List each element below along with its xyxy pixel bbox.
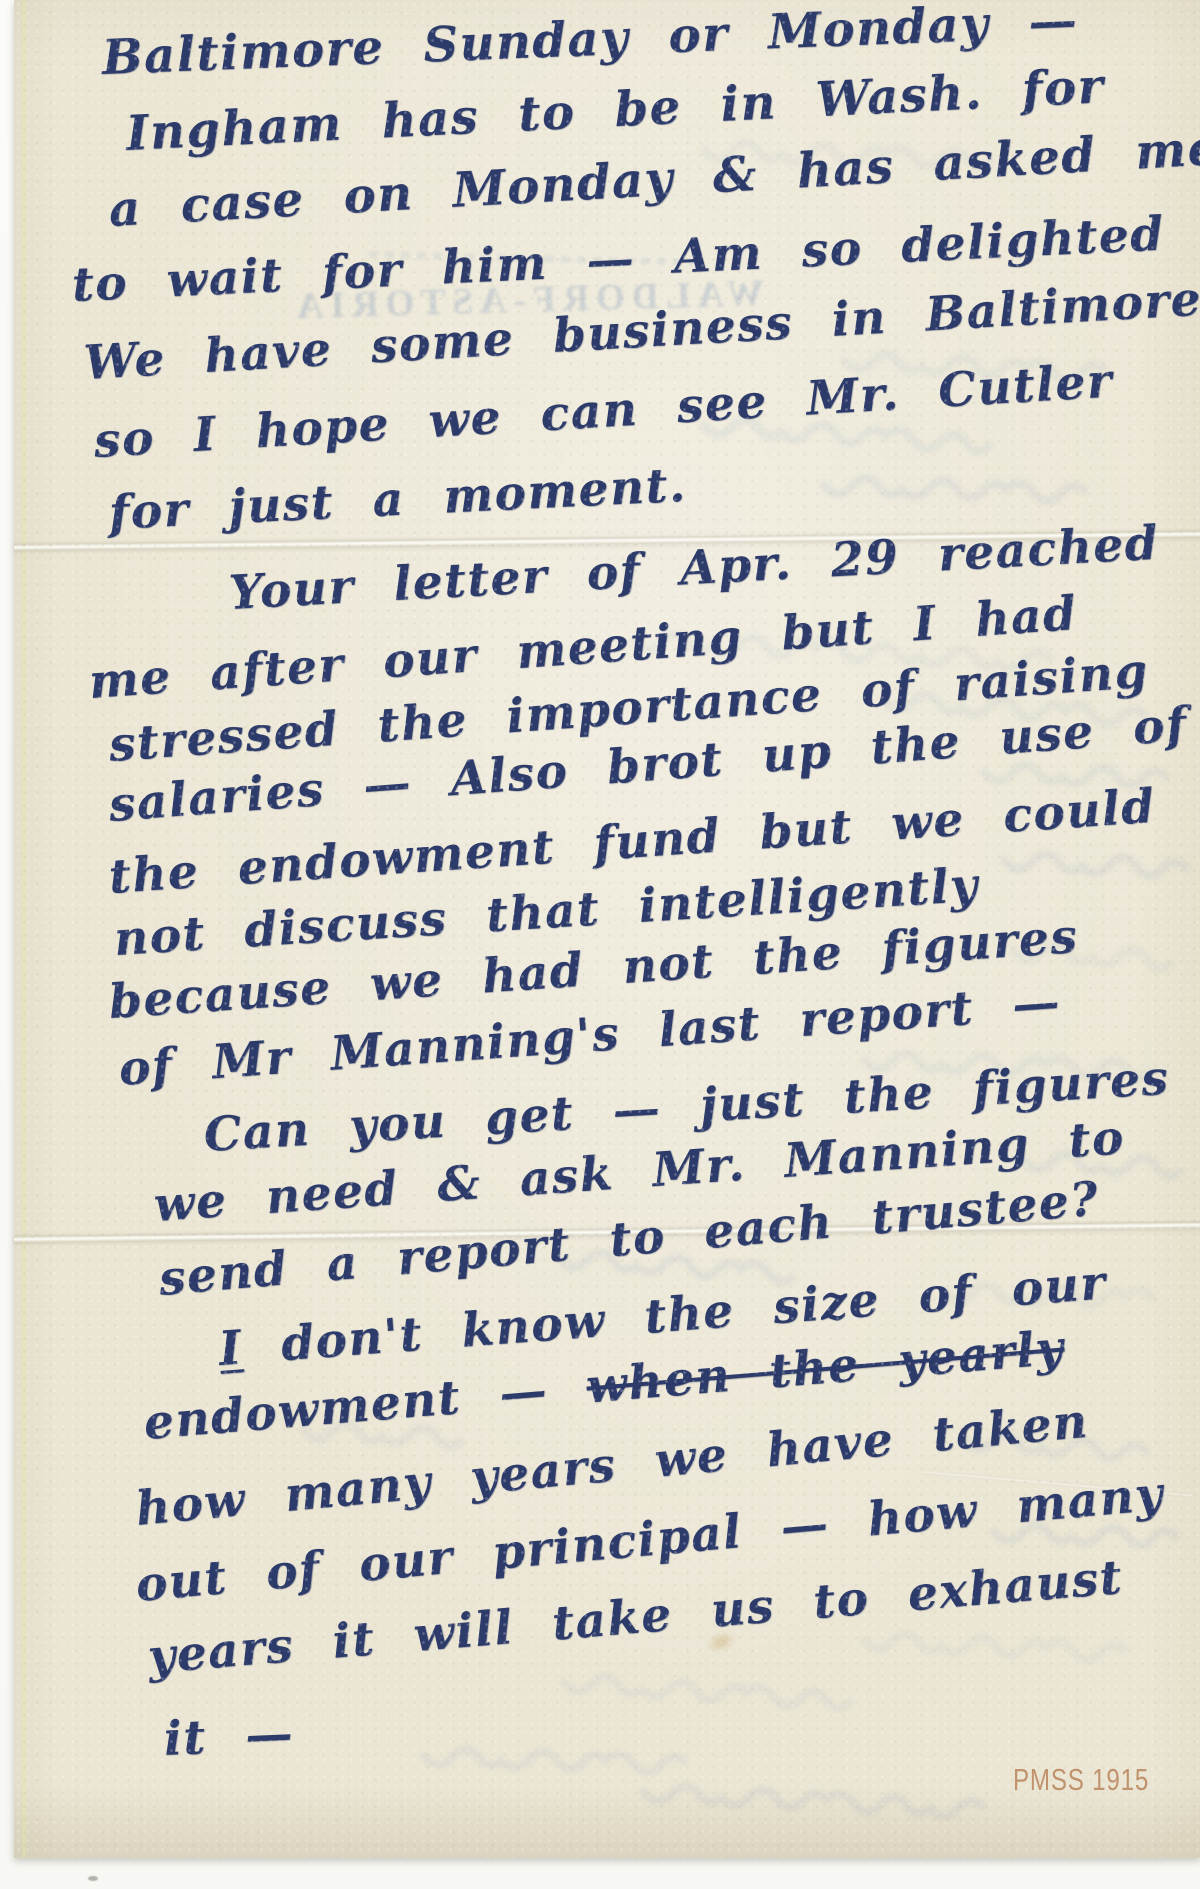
letter-paper: WALDORF-ASTORIA Baltimore Sunday or Mond… <box>14 0 1200 1858</box>
letter-scan: WALDORF-ASTORIA Baltimore Sunday or Mond… <box>0 0 1200 1889</box>
scanner-speck <box>88 1876 98 1881</box>
bleed-through-squiggle <box>644 1784 982 1819</box>
handwriting-segment: it — <box>163 1706 295 1767</box>
handwriting-segment: endowment — <box>142 1360 589 1451</box>
bleed-through-squiggle <box>864 1632 1125 1662</box>
pmss-archive-stamp: PMSS 1915 <box>1013 1762 1149 1798</box>
handwritten-line: for just a moment. <box>108 458 688 541</box>
bleed-through-squiggle <box>1004 852 1187 878</box>
bleed-through-squiggle <box>824 477 1084 503</box>
handwritten-line: it — <box>163 1706 295 1767</box>
bleed-through-squiggle <box>424 1748 684 1774</box>
handwriting-segment: for just a moment. <box>108 458 688 541</box>
bleed-through-squiggle <box>563 1674 849 1711</box>
